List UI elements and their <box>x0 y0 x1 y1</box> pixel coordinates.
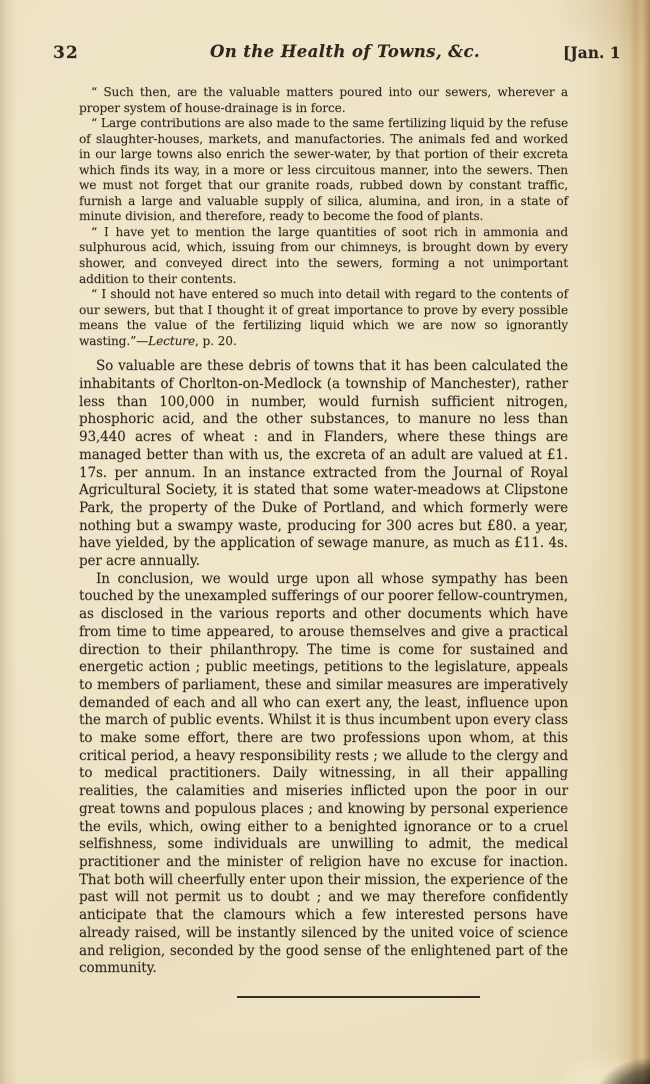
text-segment: “ I have yet to mention the large quanti… <box>79 225 568 286</box>
work-title-italic: Lecture <box>148 334 195 348</box>
quoted-lecture-extract: “ Such then, are the valuable matters po… <box>79 85 568 349</box>
text-column: “ Such then, are the valuable matters po… <box>79 85 568 998</box>
paragraph: “ I should not have entered so much into… <box>79 287 568 349</box>
paragraph: In conclusion, we would urge upon all wh… <box>79 571 568 978</box>
section-divider <box>237 996 480 998</box>
book-page: 32 On the Health of Towns, &c. [Jan. 1 “… <box>0 0 650 1084</box>
issue-date: [Jan. 1 <box>563 43 621 62</box>
paragraph: “ Large contributions are also made to t… <box>79 116 568 225</box>
page-number: 32 <box>53 43 79 63</box>
text-segment: “ Large contributions are also made to t… <box>79 116 568 223</box>
paragraph: “ I have yet to mention the large quanti… <box>79 225 568 287</box>
paragraph: “ Such then, are the valuable matters po… <box>79 85 568 116</box>
article-body: So valuable are these debris of towns th… <box>79 358 568 978</box>
text-segment: , p. 20. <box>195 334 237 348</box>
running-title: On the Health of Towns, &c. <box>100 42 590 61</box>
text-segment: In conclusion, we would urge upon all wh… <box>79 571 568 976</box>
paragraph: So valuable are these debris of towns th… <box>79 358 568 570</box>
text-segment: “ Such then, are the valuable matters po… <box>79 85 568 115</box>
text-segment: So valuable are these debris of towns th… <box>79 358 568 569</box>
